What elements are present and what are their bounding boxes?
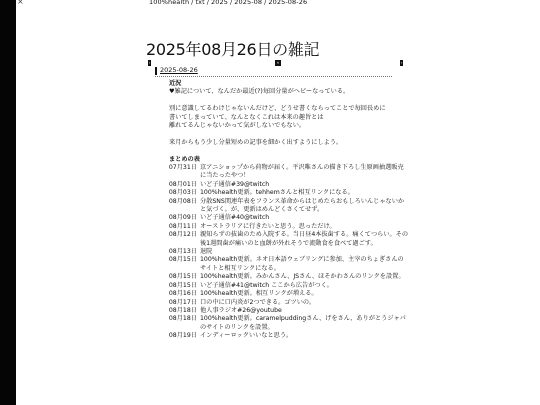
entry-text: 100%health更新。みかんさん、JSさん、ほそかわさんのリンクを設置。: [199, 273, 409, 281]
list-item: 08月15日100%health更新。みかんさん、JSさん、ほそかわさんのリンク…: [169, 273, 409, 281]
entry-text: オーストラリアに行きたいと思う。思っただけ。: [199, 223, 409, 231]
list-item: 08月18日100%health更新。caramelpuddingさん、げをさん…: [169, 315, 409, 332]
entry-date: 08月11日: [160, 223, 199, 231]
entry-text: 100%health更新。相互リンクが増える。: [199, 290, 409, 298]
entry-date: 08月16日: [160, 290, 199, 298]
prev-page-button[interactable]: ‹: [148, 60, 151, 66]
entry-date: 08月15日: [160, 273, 199, 281]
breadcrumb: 100%health/txt/2025/2025-08/2025-08-26: [149, 0, 307, 7]
entry-date: 08月18日: [160, 315, 199, 332]
list-item: 08月19日インディーロックいいなと思う。: [169, 332, 409, 340]
list-item: 08月01日いど子通信#39@twitch: [169, 181, 409, 189]
article-body: 近況 ♥雑記について、なんだか最近(?)毎回分量がヘビーなっている。 別に意識し…: [169, 80, 409, 341]
entry-date: 08月01日: [160, 181, 199, 189]
list-item: 08月16日100%health更新。相互リンクが増える。: [169, 290, 409, 298]
entry-text: 100%health更新。caramelpuddingさん、げをさん、ありがとう…: [199, 315, 409, 332]
breadcrumb-item-root[interactable]: 100%health: [149, 0, 189, 6]
breadcrumb-item-year[interactable]: 2025: [211, 0, 228, 6]
entry-date: 08月19日: [160, 332, 199, 340]
breadcrumb-item-month[interactable]: 2025-08: [234, 0, 262, 6]
entry-date: 08月15日: [160, 256, 199, 273]
list-item: 08月08日分散SNS関連年表をフランス革命からはじめたらおもしろいんじゃないか…: [169, 198, 409, 215]
entry-date: 08月17日: [160, 299, 199, 307]
date-heading: 2025-08-26: [155, 66, 392, 77]
list-item: 08月11日オーストラリアに行きたいと思う。思っただけ。: [169, 223, 409, 231]
close-icon[interactable]: ×: [17, 0, 24, 7]
entry-text: 100%health更新。tehhemさんと相互リンクになる。: [199, 189, 409, 197]
entry-text: 100%health更新。ネオ日本語ウェブリングに参加、主宰のちょぎさんのサイト…: [199, 256, 409, 273]
entry-text: インディーロックいいなと思う。: [199, 332, 409, 340]
entry-date: 08月12日: [160, 231, 199, 248]
list-item: 08月15日いど子通信#41@twitch ここから広告がつく。: [169, 282, 409, 290]
entry-date: 08月15日: [160, 282, 199, 290]
recent-paragraph-line: 書いてしまっていて、なんとなくこれは本来の趣旨とは: [169, 114, 409, 122]
recent-line: ♥雑記について、なんだか最近(?)毎回分量がヘビーなっている。: [169, 88, 409, 96]
heading-marker: [155, 67, 157, 75]
list-item: 08月17日口の中に口内炎が2つできる。ゴツいの。: [169, 299, 409, 307]
entry-text: いど子通信#41@twitch ここから広告がつく。: [199, 282, 409, 290]
recent-paragraph-line: 離れてるんじゃないかって気がしないでもない。: [169, 122, 409, 130]
entry-text: いど子通信#39@twitch: [199, 181, 409, 189]
entry-date: 08月08日: [160, 198, 199, 215]
entry-text: 親知らずの抜歯のため入院する。当日昼4本抜歯する。痛くてつらい。その後1週間歯が…: [199, 231, 409, 248]
summary-list: 07月31日京アニショップから荷物が届く。平沢唯さんの描き下ろし生原画抽選販売に…: [169, 164, 409, 341]
date-link[interactable]: 2025-08-26: [160, 66, 198, 75]
entry-text: 京アニショップから荷物が届く。平沢唯さんの描き下ろし生原画抽選販売に当たったやつ…: [199, 164, 409, 181]
list-item: 08月09日いど子通信#40@twitch: [169, 214, 409, 222]
list-item: 08月03日100%health更新。tehhemさんと相互リンクになる。: [169, 189, 409, 197]
list-item: 07月31日京アニショップから荷物が届く。平沢唯さんの描き下ろし生原画抽選販売に…: [169, 164, 409, 181]
entry-date: 08月03日: [160, 189, 199, 197]
page-title: 2025年08月26日の雑記: [146, 40, 319, 60]
section-heading-summary: まとめの表: [169, 156, 409, 164]
breadcrumb-item-txt[interactable]: txt: [195, 0, 204, 6]
entry-date: 08月09日: [160, 214, 199, 222]
breadcrumb-item-day: 2025-08-26: [268, 0, 307, 6]
entry-date: 07月31日: [160, 164, 199, 181]
list-item: 08月15日100%health更新。ネオ日本語ウェブリングに参加、主宰のちょぎ…: [169, 256, 409, 273]
entry-text: 分散SNS関連年表をフランス革命からはじめたらおもしろいんじゃないかと気づく。が…: [199, 198, 409, 215]
recent-paragraph: 来月からもう少し分量短めの記事を細かく出すようにしよう。: [169, 139, 409, 147]
left-sidebar-strip: [0, 0, 16, 405]
entry-text: 口の中に口内炎が2つできる。ゴツいの。: [199, 299, 409, 307]
recent-paragraph-line: 別に意識してるわけじゃないんだけど、どうせ書くならってことで毎回長めに: [169, 105, 409, 113]
entry-text: いど子通信#40@twitch: [199, 214, 409, 222]
list-item: 08月12日親知らずの抜歯のため入院する。当日昼4本抜歯する。痛くてつらい。その…: [169, 231, 409, 248]
next-page-button[interactable]: ›: [400, 60, 403, 66]
